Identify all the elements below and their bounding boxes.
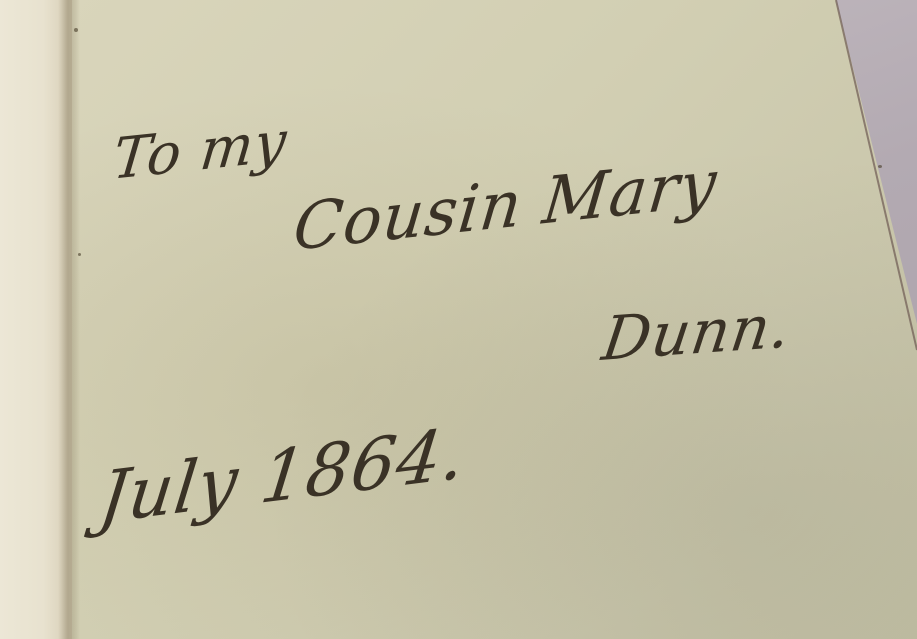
book-gutter-shadow [58, 0, 80, 639]
inscription-line-dunn: Dunn. [598, 291, 796, 375]
photo-scene: To my Cousin Mary Dunn. July 1864. [0, 0, 917, 639]
